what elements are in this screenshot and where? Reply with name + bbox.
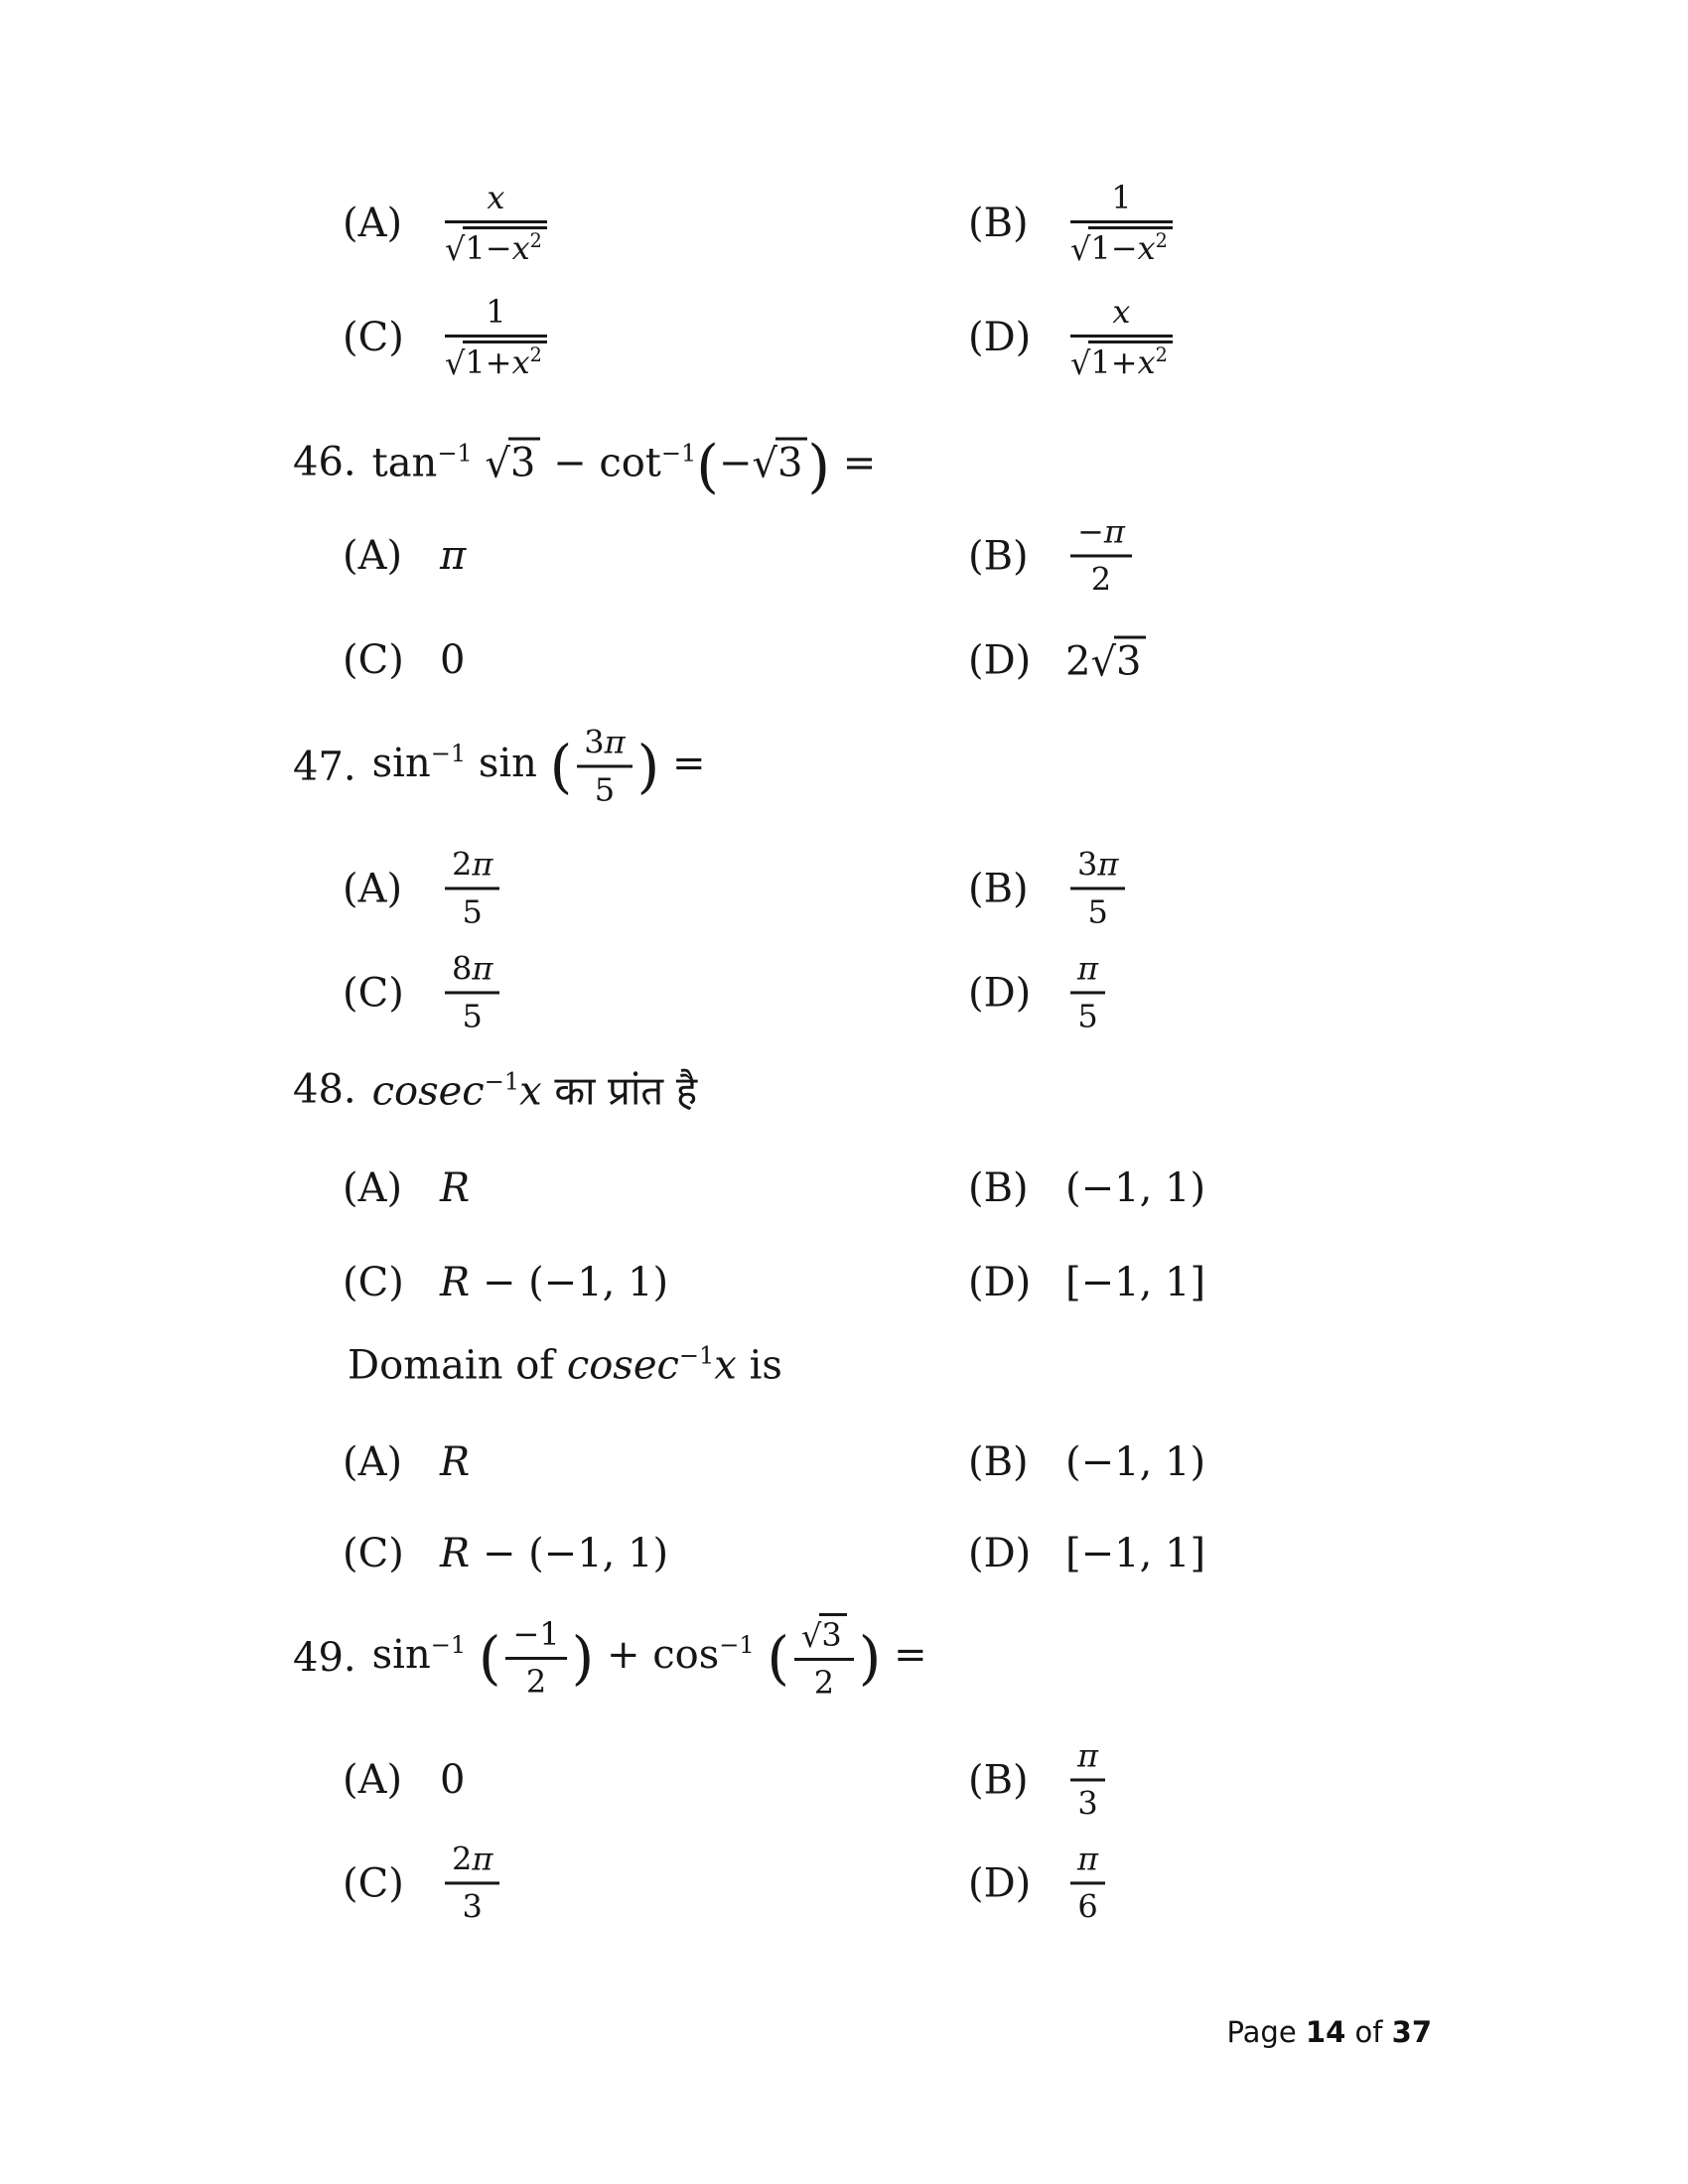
q46-option-c: (C) 0 [343,637,465,683]
q48-english-option-d-value: [−1, 1] [1065,1531,1205,1576]
q49-option-b: (B) π3 [968,1736,1110,1823]
q49-option-c-value: 2π3 [440,1840,504,1926]
q48-english-option-d: (D) [−1, 1] [968,1531,1205,1576]
option-b-label: (B) [968,201,1065,246]
option-a-label: (A) [343,533,440,579]
q45-option-c-value: 1√1+x2 [440,293,552,382]
q48-english-option-c-value: R − (−1, 1) [440,1531,668,1576]
q47-option-c-value: 8π5 [440,949,504,1035]
footer-prefix: Page [1226,2015,1296,2049]
question-46-number: 46. [293,439,356,484]
q45-option-d: (D) x√1+x2 [968,293,1178,382]
q45-option-b: (B) 1√1−x2 [968,179,1178,268]
q46-option-b-value: −π2 [1065,512,1137,599]
question-48-stem: cosec−1x का प्रांत है [372,1062,697,1117]
footer-page-number: 14 [1306,2015,1345,2049]
footer-middle: of [1354,2015,1382,2049]
option-b-label: (B) [968,866,1065,911]
question-48-number: 48. [293,1066,356,1112]
q49-option-d-value: π6 [1065,1840,1110,1926]
question-47-stem: sin−1 sin (3π5) = [372,723,706,809]
q46-option-b: (B) −π2 [968,512,1137,599]
footer-total-pages: 37 [1392,2015,1432,2049]
q48-english-option-a: (A) R [343,1439,470,1485]
option-a-label: (A) [343,201,440,246]
question-46-stem: tan−1 √3 − cot−1(−√3) = [372,438,877,486]
q48-option-d: (D) [−1, 1] [968,1260,1205,1305]
option-c-label: (C) [343,637,440,683]
q45-option-a-value: x√1−x2 [440,179,552,268]
question-48: 48. cosec−1x का प्रांत है [293,1062,697,1117]
q48-option-c-value: R − (−1, 1) [440,1260,668,1305]
question-47-number: 47. [293,744,356,789]
q49-option-b-value: π3 [1065,1736,1110,1823]
option-b-label: (B) [968,533,1065,579]
question-49: 49. sin−1 (−12) + cos−1 (√32) = [293,1613,927,1703]
q48-option-a: (A) R [343,1165,470,1211]
q45-option-c: (C) 1√1+x2 [343,293,552,382]
q48-english-option-c: (C) R − (−1, 1) [343,1531,668,1576]
q49-option-a-value: 0 [440,1757,465,1803]
option-b-label: (B) [968,1439,1065,1485]
q46-option-d-value: 2√3 [1065,636,1146,685]
q48-option-d-value: [−1, 1] [1065,1260,1205,1305]
q46-option-a-value: π [440,533,466,579]
option-d-label: (D) [968,1860,1065,1906]
option-c-label: (C) [343,1860,440,1906]
option-d-label: (D) [968,637,1065,683]
question-49-number: 49. [293,1635,356,1681]
q47-option-d-value: π5 [1065,949,1110,1035]
q48-english-option-b-value: (−1, 1) [1065,1439,1205,1485]
question-48-english-stem-line: Domain of cosec−1x is [348,1342,782,1389]
option-c-label: (C) [343,1531,440,1576]
option-b-label: (B) [968,1757,1065,1803]
q47-option-a: (A) 2π5 [343,845,504,931]
q45-option-d-value: x√1+x2 [1065,293,1178,382]
question-48-english-stem: Domain of cosec−1x is [348,1342,782,1389]
q49-option-a: (A) 0 [343,1757,465,1803]
question-47: 47. sin−1 sin (3π5) = [293,723,706,809]
q48-english-option-b: (B) (−1, 1) [968,1439,1205,1485]
q48-english-option-a-value: R [440,1439,470,1485]
q47-option-a-value: 2π5 [440,845,504,931]
q45-option-b-value: 1√1−x2 [1065,179,1178,268]
option-c-label: (C) [343,1260,440,1305]
question-46: 46. tan−1 √3 − cot−1(−√3) = [293,438,876,486]
option-a-label: (A) [343,1757,440,1803]
option-c-label: (C) [343,315,440,360]
option-d-label: (D) [968,315,1065,360]
q48-option-c: (C) R − (−1, 1) [343,1260,668,1305]
q46-option-a: (A) π [343,533,466,579]
q48-option-b: (B) (−1, 1) [968,1165,1205,1211]
option-a-label: (A) [343,866,440,911]
q47-option-c: (C) 8π5 [343,949,504,1035]
q48-option-a-value: R [440,1165,470,1211]
q48-option-b-value: (−1, 1) [1065,1165,1205,1211]
option-c-label: (C) [343,970,440,1016]
q47-option-b-value: 3π5 [1065,845,1130,931]
q49-option-c: (C) 2π3 [343,1840,504,1926]
option-a-label: (A) [343,1439,440,1485]
q47-option-d: (D) π5 [968,949,1110,1035]
question-49-stem: sin−1 (−12) + cos−1 (√32) = [372,1613,927,1703]
option-b-label: (B) [968,1165,1065,1211]
q49-option-d: (D) π6 [968,1840,1110,1926]
option-d-label: (D) [968,1260,1065,1305]
q47-option-b: (B) 3π5 [968,845,1130,931]
option-a-label: (A) [343,1165,440,1211]
option-d-label: (D) [968,1531,1065,1576]
page-footer: Page 14 of 37 [1226,2015,1432,2049]
q46-option-d: (D) 2√3 [968,636,1146,685]
q45-option-a: (A) x√1−x2 [343,179,552,268]
exam-page: (A) x√1−x2 (B) 1√1−x2 (C) 1√1+x2 (D) x√1… [0,0,1688,2184]
q46-option-c-value: 0 [440,637,465,683]
option-d-label: (D) [968,970,1065,1016]
